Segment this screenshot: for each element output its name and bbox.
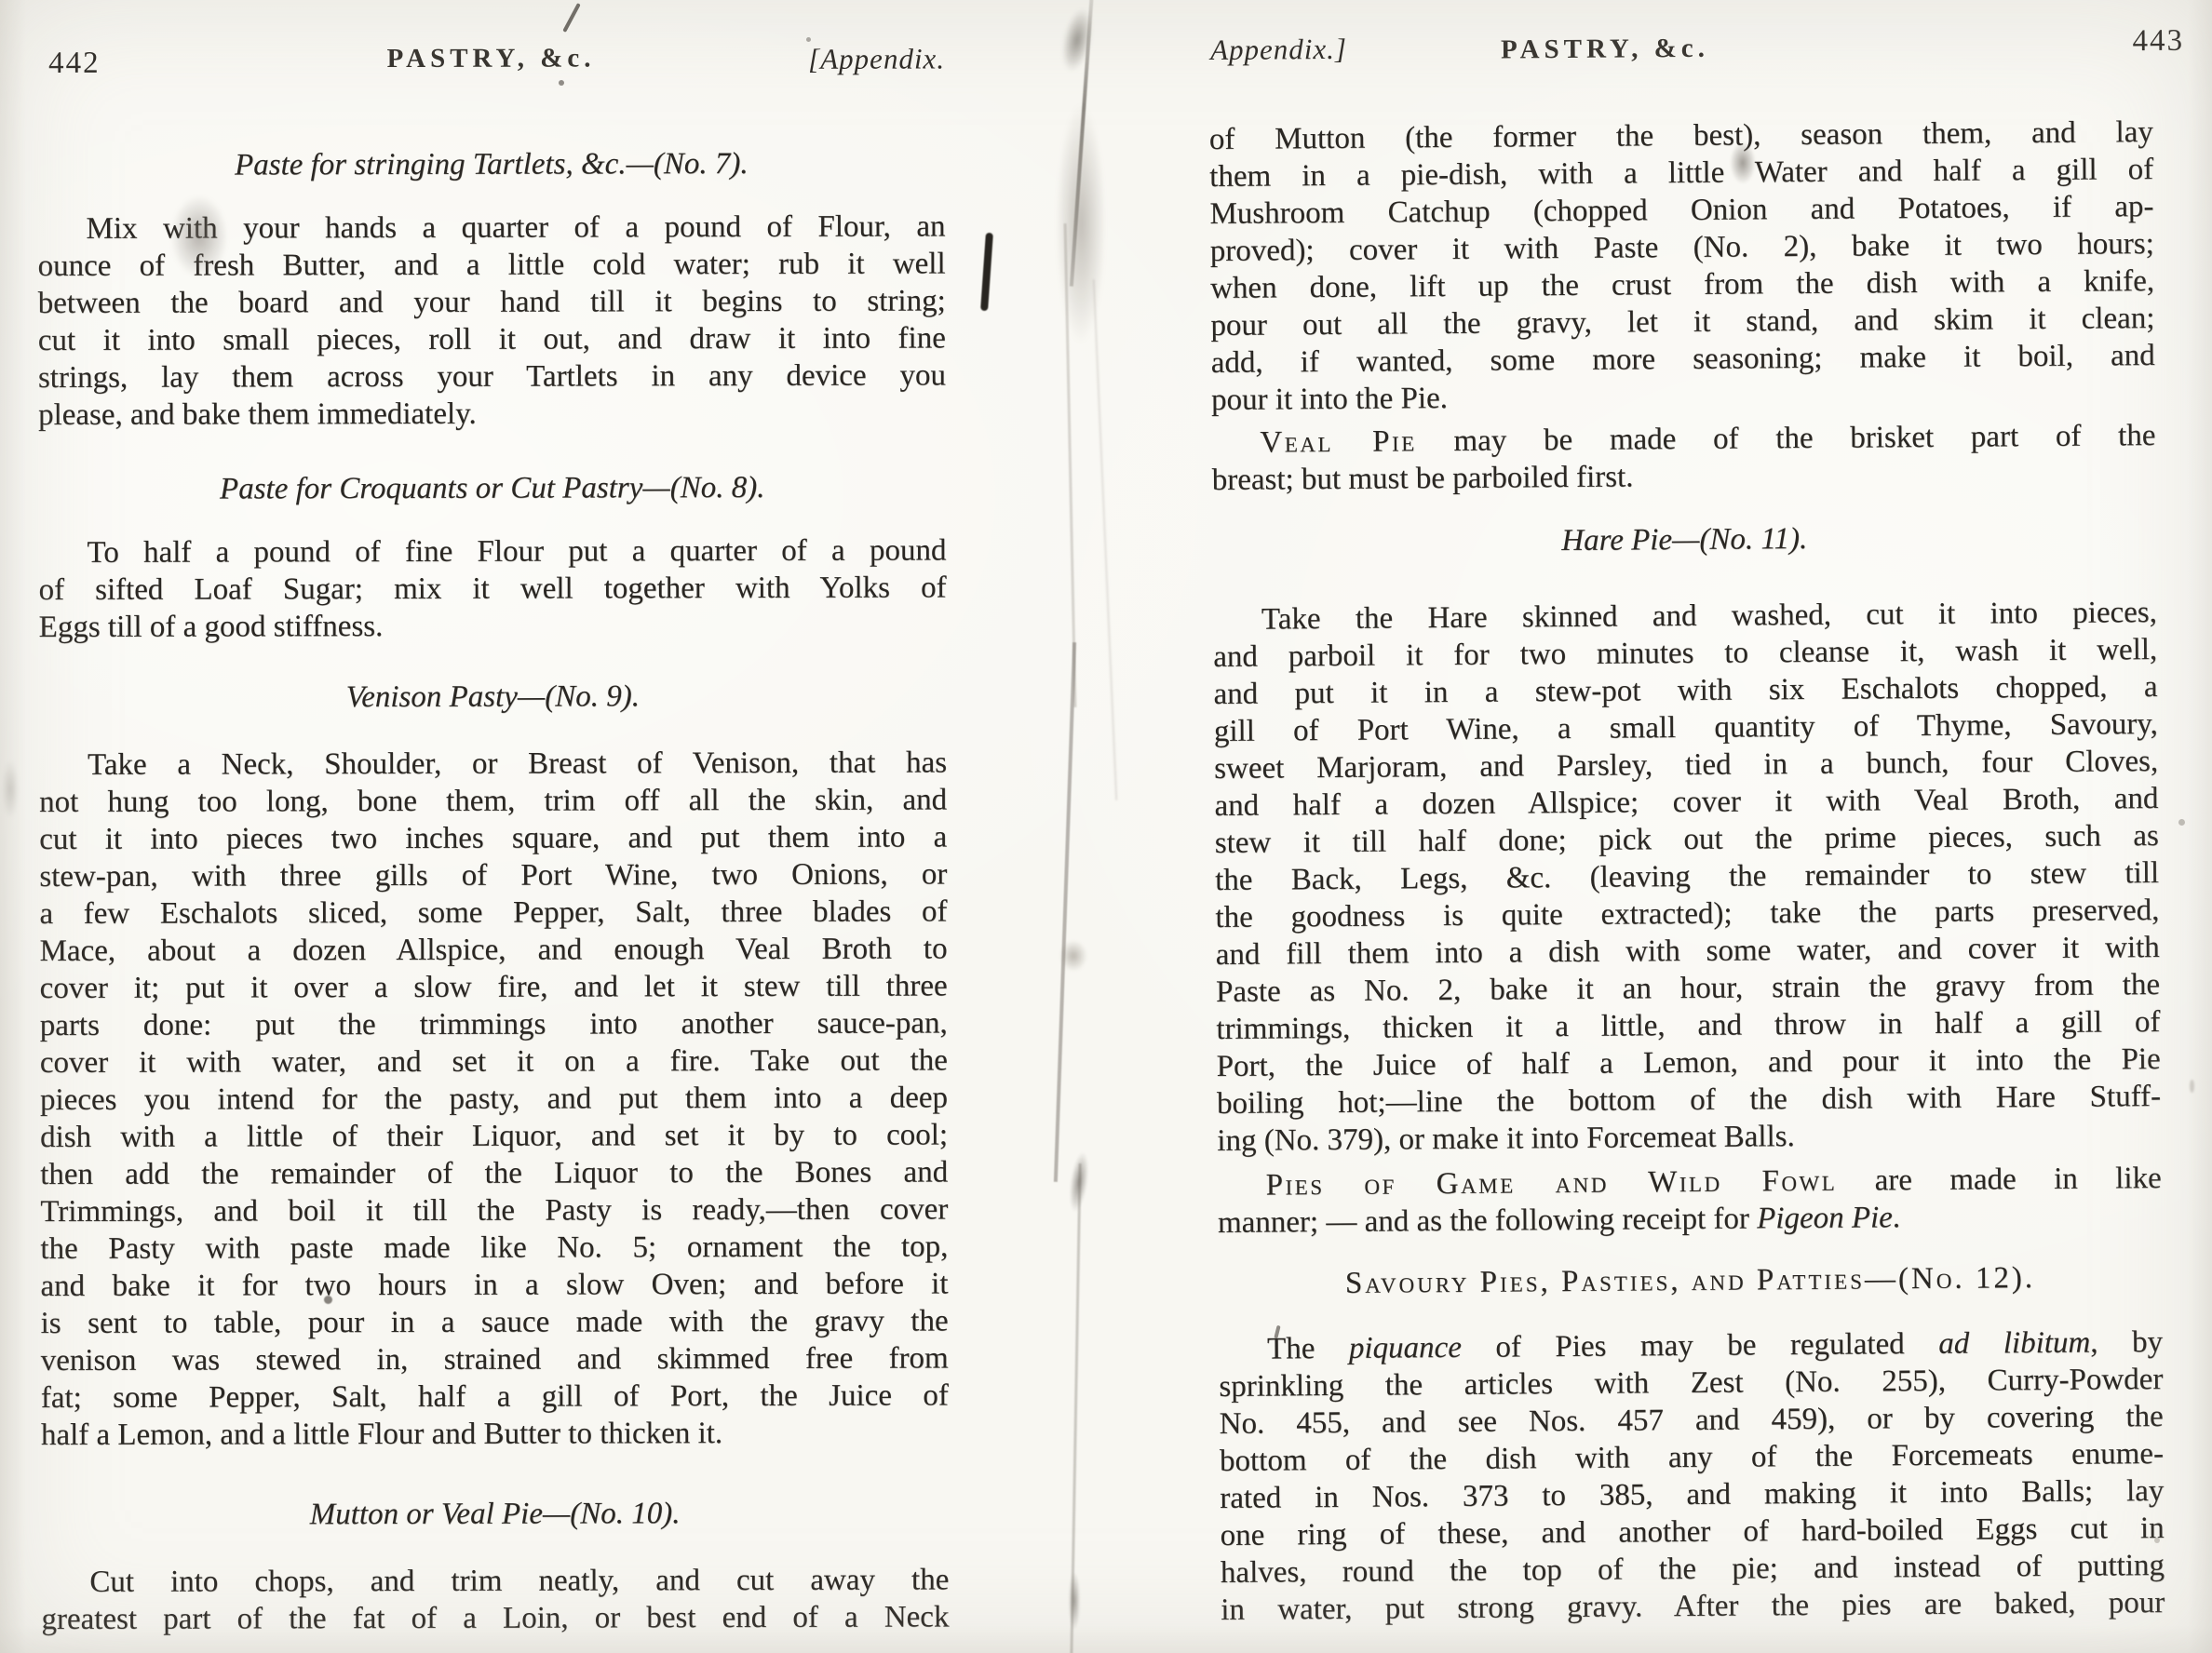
text-line: stew-pan, with three gills of Port Wine,… — [39, 855, 947, 895]
paragraph: Take a Neck, Shoulder, or Breast of Veni… — [39, 744, 949, 1454]
text-line: pour it into the Pie. — [1211, 374, 2155, 419]
text-line: is sent to table, pour in a sauce made w… — [41, 1302, 949, 1342]
italic-text: Pigeon Pie — [1757, 1201, 1893, 1235]
page-text-body: of Mutton (the former the best), season … — [1209, 114, 2165, 1629]
text-line: cover it; put it over a slow fire, and l… — [40, 967, 948, 1007]
text-line: ing (No. 379), or make it into Forcemeat… — [1217, 1115, 2161, 1160]
page-number: 442 — [48, 47, 101, 81]
recipe-heading: Paste for Croquants or Cut Pastry—(No. 8… — [38, 468, 946, 508]
text-line: cover it with water, and set it on a fir… — [40, 1042, 948, 1082]
text-line: Veal Pie may be made of the brisket part… — [1211, 417, 2155, 462]
appendix-label: Appendix.] — [1210, 33, 1347, 67]
crease-line — [1070, 1163, 1081, 1653]
binding-crease — [1015, 0, 1192, 1653]
text-line: Mace, about a dozen Allspice, and enough… — [40, 930, 948, 970]
text-line: the Pasty with paste made like No. 5; or… — [40, 1228, 948, 1268]
ink-speck — [2178, 819, 2185, 826]
text-line: please, and bake them immediately. — [38, 394, 946, 434]
text-line: Eggs till of a good stiffness. — [39, 606, 947, 646]
text-line: manner; — and as the following receipt f… — [1218, 1197, 2162, 1242]
text-line: Cut into chops, and trim neatly, and cut… — [41, 1561, 949, 1601]
text-line: a few Eschalots sliced, some Pepper, Sal… — [39, 893, 947, 933]
text-line: add, if wanted, some more seasoning; mak… — [1211, 337, 2155, 382]
text-line: pieces you intend for the pasty, and put… — [40, 1079, 948, 1119]
crease-smudge — [1069, 1573, 1080, 1629]
italic-text: ad libitum — [1938, 1326, 2090, 1361]
text-line: in water, put strong gravy. After the pi… — [1221, 1584, 2165, 1629]
paragraph: of Mutton (the former the best), season … — [1209, 114, 2155, 419]
text-line: cut it into pieces two inches square, an… — [39, 818, 947, 858]
running-title: PASTRY, &c. — [387, 43, 596, 74]
recipe-heading: Venison Pasty—(No. 9). — [39, 677, 947, 717]
crease-line — [1093, 279, 1117, 800]
page-text-body: Paste for stringing Tartlets, &c.—(No. 7… — [37, 144, 949, 1638]
crease-smudge — [1057, 6, 1098, 75]
paragraph: Pies of Game and Wild Fowl are made in l… — [1218, 1160, 2163, 1242]
paragraph: To half a pound of fine Flour put a quar… — [38, 531, 946, 646]
paragraph: Mix with your hands a quarter of a pound… — [37, 208, 946, 434]
text-line: and bake it for two hours in a slow Oven… — [40, 1265, 948, 1305]
text-line: Mix with your hands a quarter of a pound… — [37, 208, 945, 248]
text-line: greatest part of the fat of a Loin, or b… — [41, 1598, 949, 1638]
page-right: Appendix.] PASTRY, &c. 443 of Mutton (th… — [1208, 28, 2165, 1629]
paragraph: Take the Hare skinned and washed, cut it… — [1213, 594, 2162, 1160]
text-line: breast; but must be parboiled first. — [1212, 454, 2156, 499]
recipe-heading: Savoury Pies, Pasties, and Patties—(No. … — [1218, 1258, 2162, 1303]
text-line: cut it into small pieces, roll it out, a… — [38, 319, 946, 359]
crease-smudge — [1067, 1151, 1092, 1213]
page-header: 442 PASTRY, &c. [Appendix. — [37, 40, 945, 93]
crease-line — [1054, 642, 1076, 1182]
recipe-heading: Paste for stringing Tartlets, &c.—(No. 7… — [37, 144, 945, 184]
ink-mark — [980, 233, 993, 311]
running-title: PASTRY, &c. — [1501, 34, 1709, 66]
page-left: 442 PASTRY, &c. [Appendix. Paste for str… — [37, 40, 949, 1638]
text-line: ounce of fresh Butter, and a little cold… — [38, 245, 946, 285]
text-line: of sifted Loaf Sugar; mix it well togeth… — [38, 569, 946, 609]
text-line: between the board and your hand till it … — [38, 282, 946, 322]
text-line: fat; some Pepper, Salt, half a gill of P… — [41, 1377, 949, 1417]
text-line: then add the remainder of the Liquor to … — [40, 1153, 948, 1193]
crease-line — [1070, 0, 1094, 287]
ink-speck — [2190, 1080, 2194, 1093]
text-line: Trimmings, and boil it till the Pasty is… — [40, 1190, 948, 1230]
page-header: Appendix.] PASTRY, &c. 443 — [1208, 28, 2152, 86]
text-line: dish with a little of their Liquor, and … — [40, 1116, 948, 1156]
crease-smudge — [1059, 940, 1087, 972]
text-line: venison was stewed in, strained and skim… — [41, 1339, 949, 1379]
text-line: parts done: put the trimmings into anoth… — [40, 1004, 948, 1044]
text-line: Take a Neck, Shoulder, or Breast of Veni… — [39, 744, 947, 784]
paragraph: Cut into chops, and trim neatly, and cut… — [41, 1561, 949, 1638]
page-number: 443 — [2132, 24, 2184, 59]
crease-smudge — [1046, 56, 1115, 391]
text-line: Pies of Game and Wild Fowl are made in l… — [1218, 1160, 2162, 1204]
appendix-label: [Appendix. — [808, 42, 945, 75]
text-line: To half a pound of fine Flour put a quar… — [38, 531, 946, 571]
text-line: not hung too long, bone them, trim off a… — [39, 781, 947, 821]
recipe-heading: Mutton or Veal Pie—(No. 10). — [41, 1494, 949, 1534]
text-line: half a Lemon, and a little Flour and But… — [41, 1414, 949, 1454]
recipe-heading: Hare Pie—(No. 11). — [1212, 517, 2156, 562]
paragraph: The piquance of Pies may be regulated ad… — [1219, 1324, 2165, 1629]
crease-line — [1064, 223, 1077, 707]
smallcaps-text: Veal Pie — [1260, 424, 1417, 459]
book-scan: 442 PASTRY, &c. [Appendix. Paste for str… — [0, 0, 2212, 1653]
pen-mark — [562, 3, 580, 33]
paragraph: Veal Pie may be made of the brisket part… — [1211, 417, 2156, 499]
text-line: boiling hot;—line the bottom of the dish… — [1217, 1078, 2161, 1122]
scan-smudge — [2, 759, 19, 819]
text-line: strings, lay them across your Tartlets i… — [38, 356, 946, 396]
smallcaps-text: Pies of Game and Wild Fowl — [1266, 1164, 1838, 1203]
italic-text: piquance — [1349, 1331, 1462, 1365]
